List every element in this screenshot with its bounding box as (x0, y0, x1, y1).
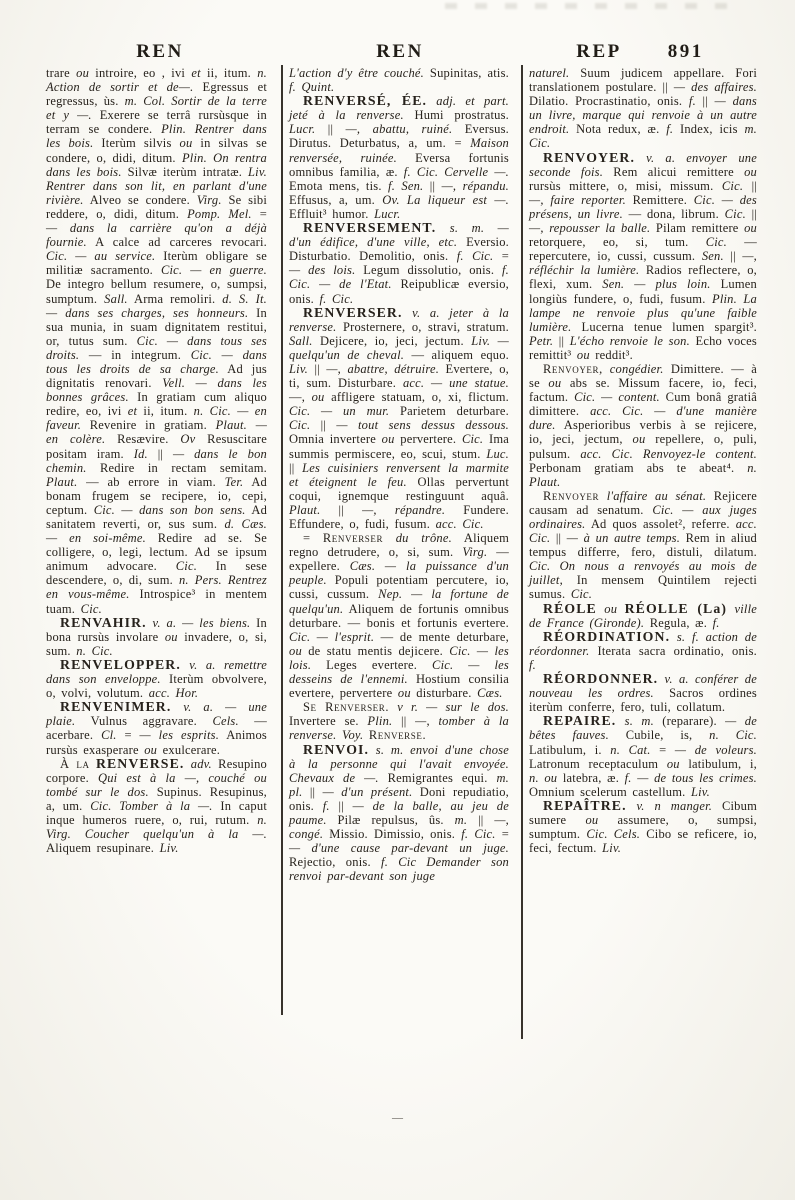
page-header: REN REN REP 891 (40, 41, 760, 63)
dictionary-paragraph: RENVENIMER. v. a. — une plaie. Vulnus ag… (46, 700, 267, 756)
column-divider-1 (281, 65, 283, 1015)
dictionary-paragraph: RÉORDONNER. v. a. conférer de nouveau le… (529, 672, 757, 714)
running-title-center: REN (280, 41, 520, 63)
running-title-right-group: REP 891 (520, 41, 760, 63)
running-title-right: REP (576, 41, 622, 63)
page-number: 891 (668, 41, 704, 63)
dictionary-paragraph: Renvoyer, congédier. Dimittere. — à se o… (529, 362, 757, 489)
bleed-through-marks (445, 3, 735, 9)
dictionary-paragraph: RENVERSER. v. a. jeter à la renverse. Pr… (289, 306, 509, 532)
dictionary-paragraph: RENVOYER. v. a. envoyer une seconde fois… (529, 151, 757, 362)
dictionary-paragraph: REPAÎTRE. v. n manger. Cibum sumere ou a… (529, 799, 757, 855)
press-mark: — (392, 1112, 403, 1124)
dictionary-paragraph: RENVERSEMENT. s. m. — d'un édifice, d'un… (289, 221, 509, 306)
column-2: L'action d'y être couché. Supinitas, ati… (280, 66, 520, 883)
dictionary-paragraph: RENVELOPPER. v. a. remettre dans son env… (46, 658, 267, 700)
dictionary-paragraph: À la RENVERSE. adv. Resupino corpore. Qu… (46, 757, 267, 856)
dictionary-paragraph: RENVERSÉ, ÉE. adj. et part. jeté à la re… (289, 94, 509, 221)
dictionary-paragraph: RÉORDINATION. s. f. action de réordonner… (529, 630, 757, 672)
dictionary-paragraph: = Renverser du trône. Aliquem regno detr… (289, 531, 509, 700)
column-1: trare ou introire, eo , ivi et ii, itum.… (40, 66, 280, 855)
dictionary-paragraph: Se Renverser. v r. — sur le dos. Inverte… (289, 700, 509, 742)
dictionary-paragraph: RENVAHIR. v. a. — les biens. In bona rur… (46, 616, 267, 658)
column-3: naturel. Suum judicem appellare. Fori tr… (520, 66, 760, 855)
dictionary-paragraph: REPAIRE. s. m. (reparare). — de bêtes fa… (529, 714, 757, 799)
text-columns: trare ou introire, eo , ivi et ii, itum.… (40, 66, 760, 883)
running-title-left: REN (40, 41, 280, 63)
column-divider-2 (521, 65, 523, 1039)
dictionary-paragraph: RENVOI. s. m. envoi d'une chose à la per… (289, 743, 509, 884)
dictionary-paragraph: RÉOLE ou RÉOLLE (La) ville de France (Gi… (529, 602, 757, 630)
dictionary-paragraph: L'action d'y être couché. Supinitas, ati… (289, 66, 509, 94)
dictionary-paragraph: naturel. Suum judicem appellare. Fori tr… (529, 66, 757, 151)
dictionary-page: REN REN REP 891 trare ou introire, eo , … (0, 0, 795, 1200)
dictionary-paragraph: trare ou introire, eo , ivi et ii, itum.… (46, 66, 267, 616)
dictionary-paragraph: Renvoyer l'affaire au sénat. Rejicere ca… (529, 489, 757, 602)
